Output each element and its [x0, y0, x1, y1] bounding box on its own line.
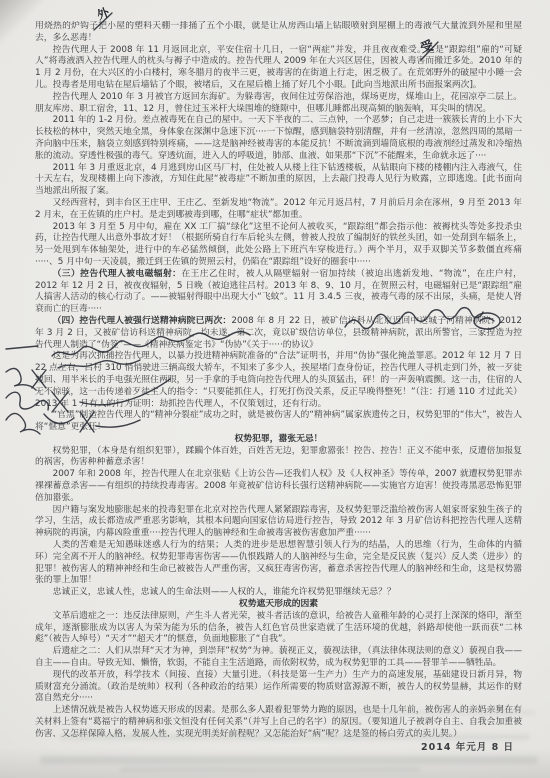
paragraph: 又经西营村，到丰台区王庄甲、王庄乙、至新发地“物流”。2012 年元月返吕村，7…	[35, 198, 522, 222]
paragraph: “官黑”制造控告代理人的“精神分裂症”成功之时，就是被伤害人的“精神病”属家族遗…	[35, 410, 522, 434]
paragraph: 用烧热的炉钩子把小屋的塑料天棚一排捅了五个小眼，就是让从房西山墙上钻眼喷射到屋棚…	[35, 21, 522, 45]
paragraph: 2013 年 3 月至 5 月中旬，雇在 XX 工厂搞“绿化”这里不论何人被收买…	[35, 222, 522, 269]
paragraph: 控告代理人于 2008 年 11 月返回北京，平安住宿十几日，一宿“两症”并发，…	[35, 45, 522, 92]
document-body: 用烧热的炉钩子把小屋的塑料天棚一排捅了五个小眼，就是让从房西山墙上钻眼喷射到屋棚…	[35, 21, 522, 737]
date-line: 2014 年元月 8 日	[421, 739, 514, 753]
paragraph-lead: （四）控告代理人被强行送精神病院已两次：	[53, 316, 232, 326]
paragraph-lead: （三）控告代理人被电磁辐射：	[53, 269, 182, 279]
paragraph: 文革后遗症之一：违反法律原则，产生斗人者光荣，被斗者活该的意识，给被告人童稚年龄…	[35, 611, 522, 646]
paragraph: 2011 年的 1-2 月份。差点被毒死在自己的屋中。一天下半夜的二、三点钟，一…	[35, 115, 522, 162]
bleed-through-smudge	[40, 756, 538, 764]
margin-dash	[6, 346, 38, 349]
paragraph: 现代的改革开放，科学技术（间接、直接）大量引进。（科技是第一生产力）生产力的高速…	[35, 670, 522, 705]
paragraph: 上述情况就是被告人权势遮天形成的因素。是那么多人跟着犯罪势力跑的原因，也是十几年…	[35, 705, 522, 737]
section-heading: 权势犯罪，嚣张无忌！	[35, 434, 522, 446]
paragraph: 控告代理人 2010 年 3 月被官方返回东海矿。为躲毒害，夜间住过劳保浴池，煤…	[35, 92, 522, 116]
paragraph: 后遗症之二：人们从崇拜“天才为神，到崇拜”权势“为神。藐视正义，藐视法律，（真法…	[35, 646, 522, 670]
paragraph: （三）控告代理人被电磁辐射：在王庄乙住时，被人从隔壁辐射一宿加持续（被迫出逃新发…	[35, 269, 522, 316]
page-background: 用烧热的炉钩子把小屋的塑料天棚一排捅了五个小眼，就是让从房西山墙上钻眼喷射到屋棚…	[0, 0, 550, 778]
paragraph: 人类的苦难是无知愚昧迷惑人行为的结果；人类的进步是思想智慧引领人行为的结晶，人的…	[35, 540, 522, 587]
paragraph: 因户籍与案发地膨胀起来的投毒犯罪在北京对控告代理人紧紧跟踪毒害，及权势犯罪泛滥给…	[35, 505, 522, 540]
margin-scribble-row2a	[6, 368, 36, 390]
bleed-through-smudge	[120, 767, 420, 772]
section-heading: 权势遮天形成的因素	[35, 599, 522, 611]
paragraph: 2007 年和 2008 年，控告代理人在北京张贴《上访公告—还我们人权》及《人…	[35, 469, 522, 504]
paragraph: 权势犯罪，（本身是有组织犯罪），蹂躏个体百姓，百姓苦无边，犯罪愈嚣张！控告、控告…	[35, 446, 522, 470]
paragraph: 忠诚正义，忠诚人性，忠诚人的生命法则——人权的人，谁能允许权势犯罪继续无忌？？	[35, 587, 522, 599]
paragraph: 2011 年 3 月重返北京，4 月逃到房山区马厂村，住处被人从楼上往下钻透楼板…	[35, 163, 522, 198]
scanned-complaint-document: { "document": { "language": "zh-CN", "da…	[0, 0, 550, 778]
paragraph: 这是为再次抓捕控告代理人，以暴力投进精神病院准备的“合法”证明书，并用“伪协”强…	[35, 351, 522, 410]
paragraph: （四）控告代理人被强行送精神病院已两次：2008 年 8 月 22 日，被矿信访…	[35, 316, 522, 351]
